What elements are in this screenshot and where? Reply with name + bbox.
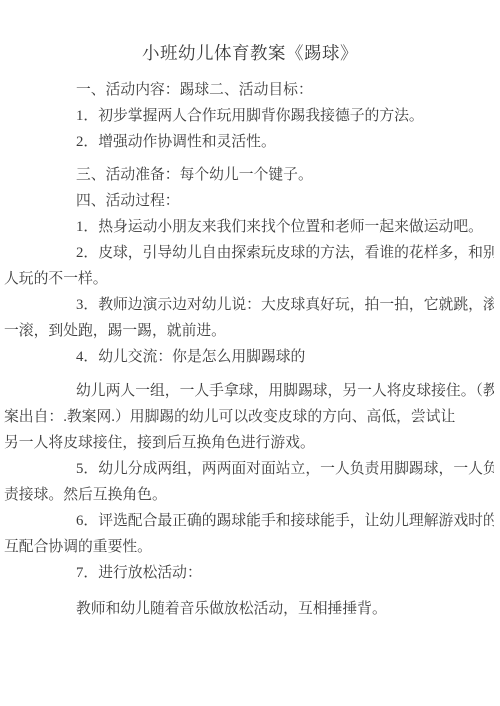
- paragraph-line: 5．幼儿分成两组，两两面对面站立，一人负责用脚踢球，一人负: [4, 456, 494, 482]
- paragraph-line: 互配合协调的重要性。: [4, 534, 494, 560]
- paragraph-line: 人玩的不一样。: [4, 266, 494, 292]
- paragraph-preparation-heading: 三、活动准备：每个幼儿一个键子。: [4, 162, 494, 188]
- paragraph-line: 1．热身运动小朋友来我们来找个位置和老师一起来做运动吧。: [4, 214, 494, 240]
- paragraph-line: 案出自：.教案网.）用脚踢的幼儿可以改变皮球的方向、高低，尝试让: [4, 404, 494, 430]
- paragraph-goal-1: 1．初步掌握两人合作玩用脚背你踢我接德子的方法。: [4, 103, 494, 129]
- paragraph-goal-2: 2．增强动作协调性和灵活性。: [4, 129, 494, 155]
- paragraph-step-5-groups: 5．幼儿分成两组，两两面对面站立，一人负责用脚踢球，一人负 责接球。然后互换角色…: [4, 456, 494, 508]
- paragraph-content-and-goals-heading: 一、活动内容：踢球二、活动目标：: [4, 77, 494, 103]
- paragraph-line: 3．教师边演示边对幼儿说：大皮球真好玩，拍一拍，它就跳，滚: [4, 292, 494, 318]
- paragraph-step-4-pair-play: 幼儿两人一组，一人手拿球，用脚踢球，另一人将皮球接住。（教 案出自：.教案网.）…: [4, 378, 494, 456]
- paragraph-line: 一、活动内容：踢球二、活动目标：: [4, 77, 494, 103]
- paragraph-step-3-demonstrate: 3．教师边演示边对幼儿说：大皮球真好玩，拍一拍，它就跳，滚 一滚，到处跑，踢一踢…: [4, 292, 494, 344]
- paragraph-line: 6．评选配合最正确的踢球能手和接球能手，让幼儿理解游戏时的相: [4, 508, 494, 534]
- document-page: 小班幼儿体育教案《踢球》 一、活动内容：踢球二、活动目标： 1．初步掌握两人合作…: [0, 0, 500, 706]
- paragraph-line: 四、活动过程：: [4, 188, 494, 214]
- paragraph-step-7-relax-heading: 7．进行放松活动：: [4, 560, 494, 586]
- document-title: 小班幼儿体育教案《踢球》: [0, 0, 500, 64]
- paragraph-line: 一滚，到处跑，踢一踢，就前进。: [4, 318, 494, 344]
- paragraph-line: 教师和幼儿随着音乐做放松活动，互相捶捶背。: [4, 596, 494, 622]
- document-body: 一、活动内容：踢球二、活动目标： 1．初步掌握两人合作玩用脚背你踢我接德子的方法…: [0, 77, 500, 622]
- paragraph-line: 2．皮球，引导幼儿自由探索玩皮球的方法，看谁的花样多，和别: [4, 240, 494, 266]
- paragraph-line: 三、活动准备：每个幼儿一个键子。: [4, 162, 494, 188]
- paragraph-line: 责接球。然后互换角色。: [4, 482, 494, 508]
- paragraph-line: 7．进行放松活动：: [4, 560, 494, 586]
- paragraph-step-6-evaluate: 6．评选配合最正确的踢球能手和接球能手，让幼儿理解游戏时的相 互配合协调的重要性…: [4, 508, 494, 560]
- paragraph-step-4-exchange: 4．幼儿交流：你是怎么用脚踢球的: [4, 344, 494, 370]
- paragraph-line: 4．幼儿交流：你是怎么用脚踢球的: [4, 344, 494, 370]
- paragraph-process-heading: 四、活动过程：: [4, 188, 494, 214]
- paragraph-line: 幼儿两人一组，一人手拿球，用脚踢球，另一人将皮球接住。（教: [4, 378, 494, 404]
- paragraph-line: 2．增强动作协调性和灵活性。: [4, 129, 494, 155]
- paragraph-step-2-explore: 2．皮球，引导幼儿自由探索玩皮球的方法，看谁的花样多，和别 人玩的不一样。: [4, 240, 494, 292]
- paragraph-step-1-warmup: 1．热身运动小朋友来我们来找个位置和老师一起来做运动吧。: [4, 214, 494, 240]
- paragraph-relaxation-detail: 教师和幼儿随着音乐做放松活动，互相捶捶背。: [4, 596, 494, 622]
- paragraph-line: 1．初步掌握两人合作玩用脚背你踢我接德子的方法。: [4, 103, 494, 129]
- paragraph-line: 另一人将皮球接住，接到后互换角色进行游戏。: [4, 430, 494, 456]
